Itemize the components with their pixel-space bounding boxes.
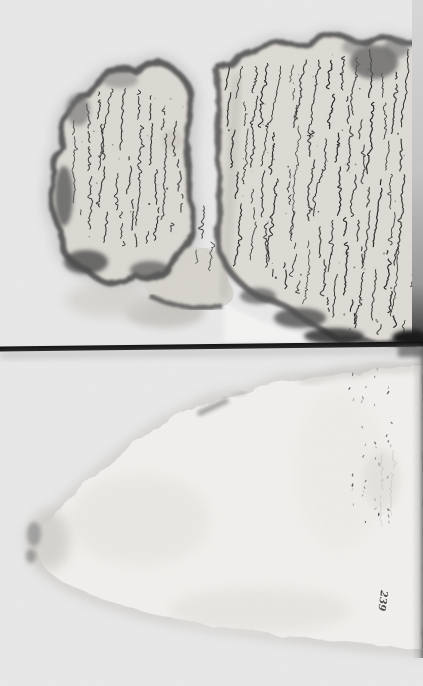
film-grain-overlay <box>0 0 423 686</box>
photo-canvas: 239 <box>0 0 423 686</box>
manuscript-photo: 239 <box>0 0 423 686</box>
